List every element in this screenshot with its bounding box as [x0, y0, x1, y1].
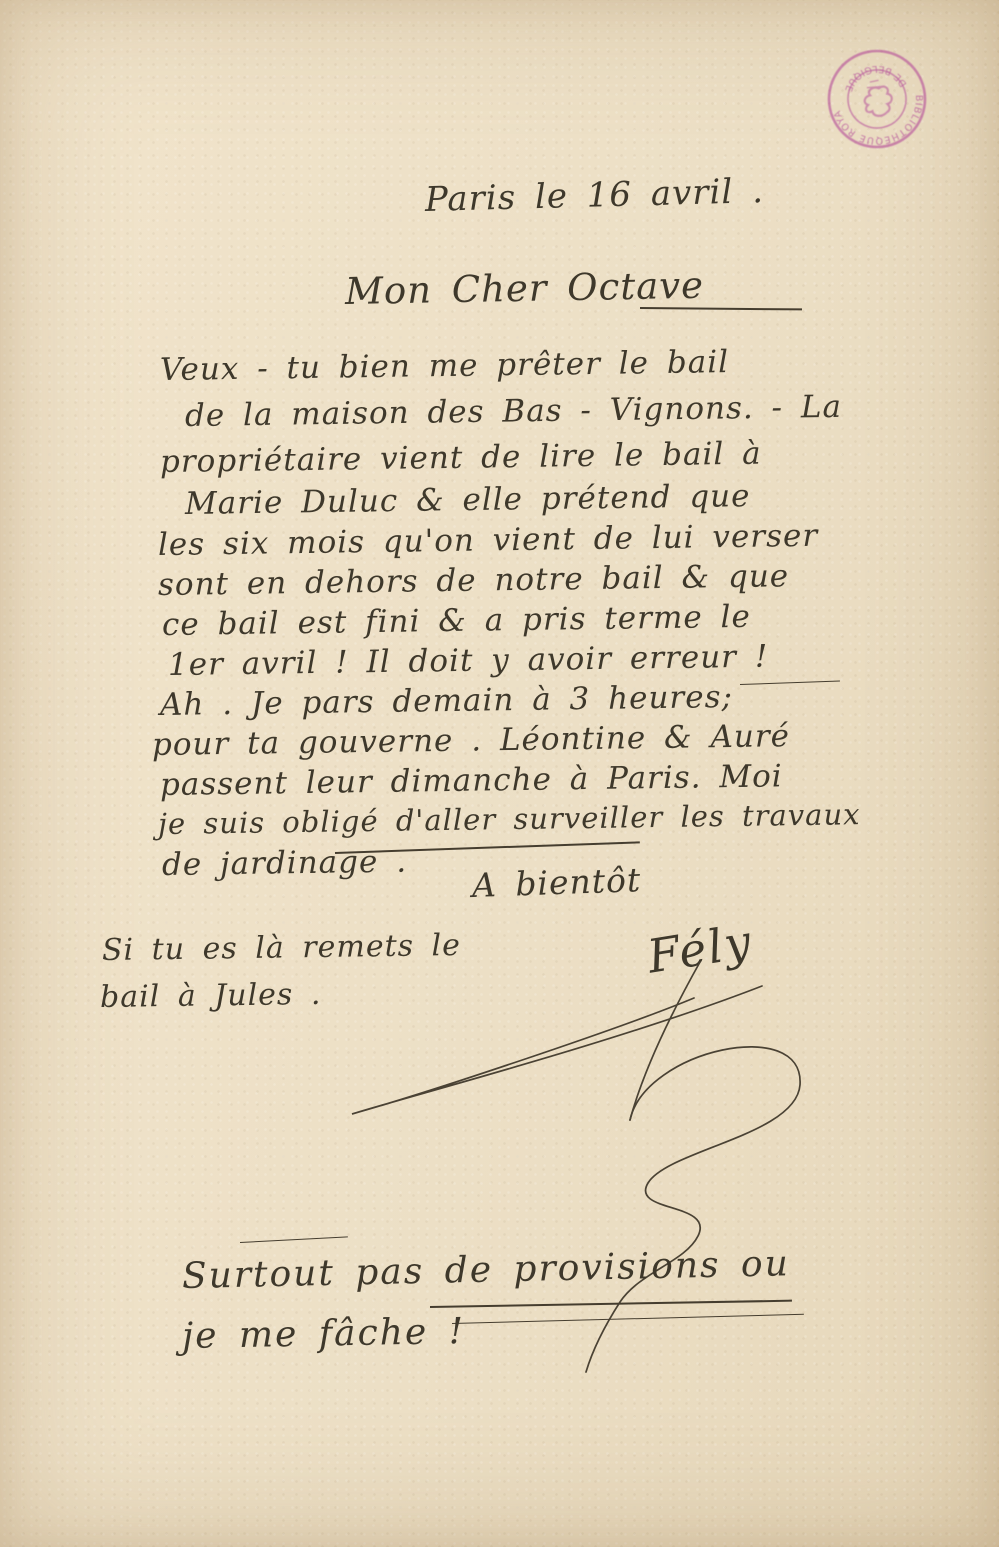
closing: A bientôt	[471, 860, 641, 905]
body-line: propriétaire vient de lire le bail à	[160, 436, 762, 480]
body-line: je suis obligé d'aller surveiller les tr…	[158, 797, 861, 841]
body-line: Marie Duluc & elle prétend que	[185, 478, 751, 522]
postscript-line: Surtout pas de provisions ou	[182, 1243, 791, 1297]
lion-rampant-icon	[861, 78, 895, 118]
postscript-line: je me fâche !	[182, 1311, 466, 1357]
body-line: de la maison des Bas - Vignons. - La	[185, 389, 842, 434]
signature: Fély	[644, 914, 756, 984]
note-line: Si tu es là remets le	[102, 928, 461, 968]
salutation-flourish-line	[640, 307, 802, 310]
body-line: Veux - tu bien me prêter le bail	[160, 344, 730, 388]
body-line: 1er avril ! Il doit y avoir erreur !	[168, 639, 769, 683]
library-stamp-icon: BIBLIOTHÈQUE ROYALE DE BELGIQUE	[818, 40, 936, 158]
note-line: bail à Jules .	[100, 977, 322, 1015]
salutation: Mon Cher Octave	[345, 264, 705, 313]
body-line: Ah . Je pars demain à 3 heures;	[160, 679, 733, 723]
dateline: Paris le 16 avril .	[424, 171, 764, 220]
underline-provisions	[430, 1300, 792, 1308]
body-line: ce bail est fini & a pris terme le	[162, 599, 751, 643]
underline-provisions	[452, 1314, 804, 1324]
body-line: de jardinage .	[162, 844, 408, 883]
body-line: pour ta gouverne . Léontine & Auré	[152, 718, 790, 763]
letter-page: BIBLIOTHÈQUE ROYALE DE BELGIQUE Paris le…	[0, 0, 999, 1547]
overline-surtout	[240, 1236, 348, 1243]
underline-avoir-erreur	[740, 681, 840, 685]
body-line: passent leur dimanche à Paris. Moi	[160, 758, 783, 803]
body-line: les six mois qu'on vient de lui verser	[158, 518, 819, 563]
body-line: sont en dehors de notre bail & que	[158, 558, 790, 603]
